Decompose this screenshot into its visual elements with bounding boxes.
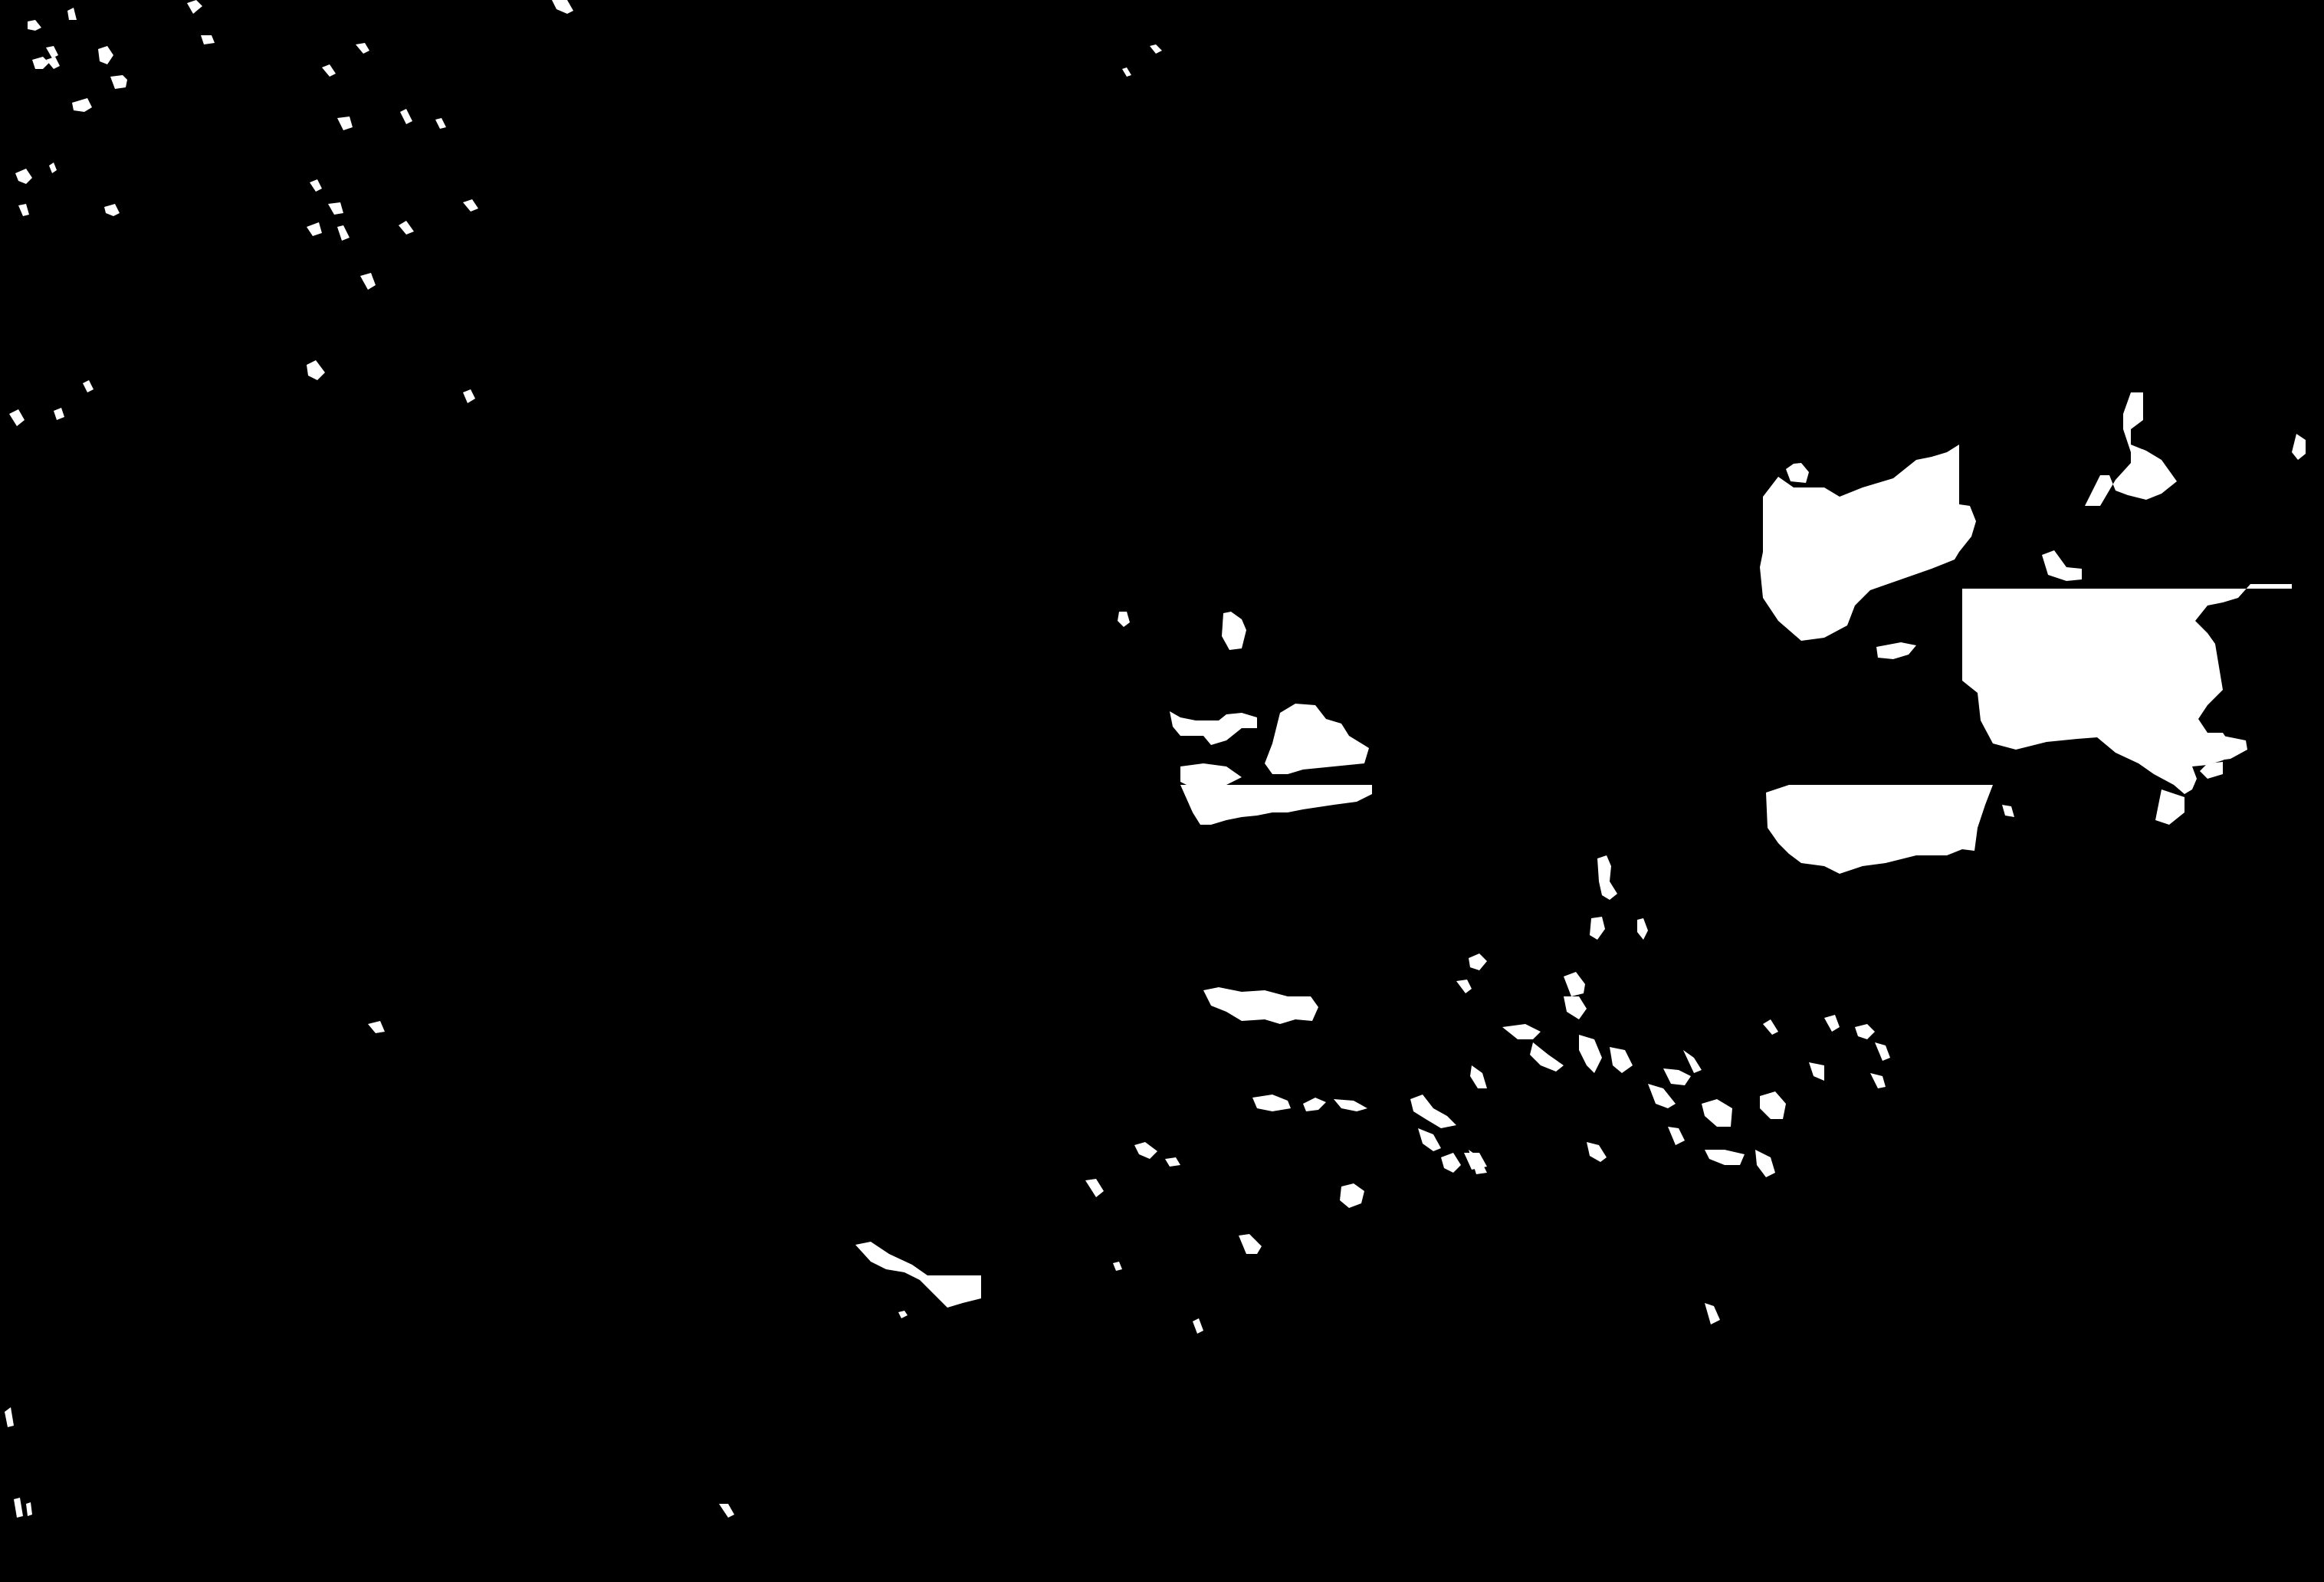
segmentation-mask	[0, 0, 2324, 1582]
